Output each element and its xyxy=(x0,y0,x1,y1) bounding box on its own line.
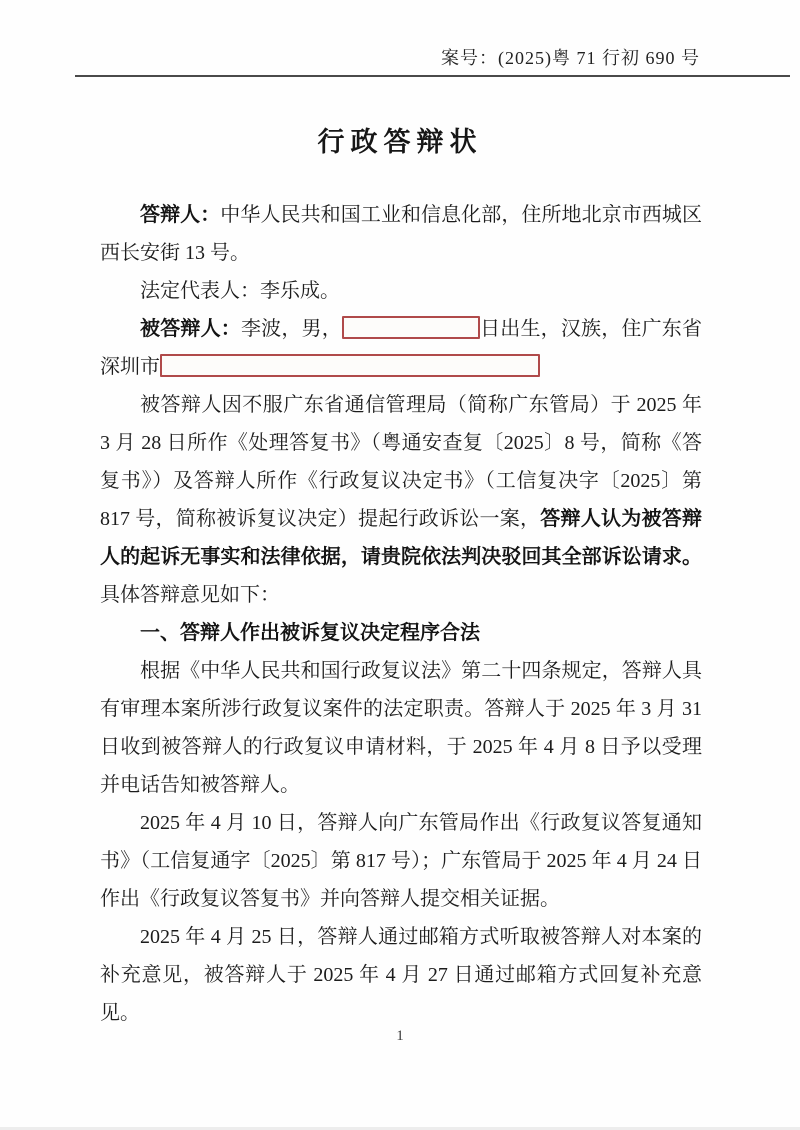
birthdate-redaction-box xyxy=(342,316,480,339)
paragraph-legal-representative: 法定代表人：李乐成。 xyxy=(100,272,702,310)
document-title: 行政答辩状 xyxy=(0,120,800,159)
document-page: 案号：(2025)粤 71 行初 690 号 行政答辩状 答辩人：中华人民共和国… xyxy=(0,0,800,1130)
case-intro-tail: 具体答辩意见如下： xyxy=(100,584,280,606)
section1-heading: 一、答辩人作出被诉复议决定程序合法 xyxy=(100,614,702,652)
appellee-label: 被答辩人： xyxy=(140,318,241,340)
address-redaction-box xyxy=(160,354,540,377)
legal-representative-text: 法定代表人：李乐成。 xyxy=(140,280,340,302)
section1-paragraph-1: 根据《中华人民共和国行政复议法》第二十四条规定，答辩人具有审理本案所涉行政复议案… xyxy=(100,652,702,804)
section1-paragraph-3: 2025 年 4 月 25 日，答辩人通过邮箱方式听取被答辩人对本案的补充意见，… xyxy=(100,918,702,1032)
paragraph-case-intro: 被答辩人因不服广东省通信管理局（简称广东管局）于 2025 年 3 月 28 日… xyxy=(100,386,702,614)
paragraph-respondent: 答辩人：中华人民共和国工业和信息化部，住所地北京市西城区西长安街 13 号。 xyxy=(100,196,702,272)
appellee-before-box: 李波，男， xyxy=(241,318,342,340)
header-rule-line xyxy=(75,75,790,77)
document-body: 答辩人：中华人民共和国工业和信息化部，住所地北京市西城区西长安街 13 号。 法… xyxy=(100,196,702,1032)
respondent-label: 答辩人： xyxy=(140,204,220,226)
page-number: 1 xyxy=(0,1028,800,1045)
paragraph-appellee: 被答辩人：李波，男，日出生，汉族，住广东省深圳市 xyxy=(100,310,702,386)
section1-paragraph-2: 2025 年 4 月 10 日，答辩人向广东管局作出《行政复议答复通知书》（工信… xyxy=(100,804,702,918)
case-number: 案号：(2025)粤 71 行初 690 号 xyxy=(441,44,700,70)
